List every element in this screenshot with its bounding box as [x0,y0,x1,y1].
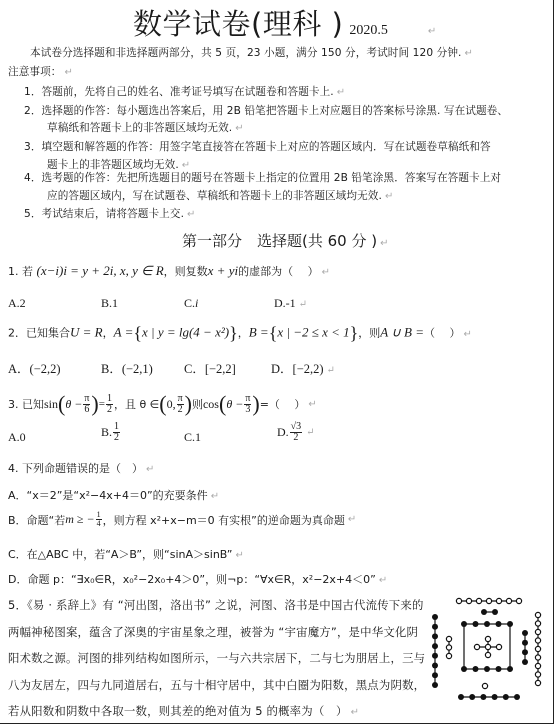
q3-option-c: C.1 [184,430,201,445]
math-expression: m ≥ − [65,512,94,527]
note-item-4: 4．选考题的作答：先把所选题目的题号在答题卡上指定的位置用 2B 铅笔涂黑．答案… [24,170,501,185]
denominator: 3 [245,405,250,415]
option-label: D. [277,425,289,440]
page-title: 数学试卷(理科 )2020.5↵ [133,2,436,43]
denominator: 2 [178,405,183,415]
q2-option-a: A．(−2,2) [8,359,61,377]
option-text: A．“x＝2”是“x²−4x+4＝0”的充要条件 [8,489,208,502]
fraction-sqrt3-2: √32 [290,422,303,443]
numerator: π [83,394,90,405]
math-expression: 0, [167,397,176,412]
option-label: D．[−2,2) [271,362,324,376]
section-title: 第一部分 选择题(共 60 分 )↵ [182,230,389,251]
option-label: C. [184,296,195,310]
q4-option-c: C．在△ABC 中，若“A＞B”，则“sinA＞sinB”↵ [8,546,244,562]
math-expression: θ − [65,397,82,412]
denominator: 2 [114,433,119,443]
question-text: ，且 θ ∈ [114,396,159,412]
q3-option-a: A.0 [8,430,26,445]
note-item-1: 1．答题前，先将自己的姓名、准考证号填写在试题卷和答题卡上.↵ [24,84,345,99]
fraction-1-2: 12 [106,394,113,415]
math-expression: A ∪ B = [380,325,424,340]
paragraph-mark-icon: ↵ [337,87,345,98]
denominator: 4 [97,520,101,528]
question-number: 3. 已知 [8,396,44,412]
paragraph-mark-icon: ↵ [187,209,195,220]
question-number: 1. 若 [8,265,33,278]
q2-option-c: C．[−2,2] [184,359,236,377]
question-5: 5．《易 · 系辞上》有 “河出图，洛出书” 之说，河图、洛书是中国古代流传下来… [8,592,428,724]
question-text: （ ） [424,327,461,340]
notes-heading-text: 注意事项： [8,66,61,78]
hetu-diagram [420,590,554,724]
exam-page: 数学试卷(理科 )2020.5↵ 本试卷分选择题和非选择题两部分，共 5 页，2… [0,0,554,724]
hetu-figure-svg [420,590,554,724]
paragraph-mark-icon: ↵ [428,26,436,37]
option-text: C．在△ABC 中，若“A＞B”，则“sinA＞sinB” [8,548,232,561]
numerator: π [244,394,251,405]
q4-option-b: B．命题“若 m ≥ − 14 ，则方程 x²+x−m＝0 有实根”的逆命题为真… [8,511,356,528]
denominator: 2 [293,433,298,443]
q1-option-c: C.i [184,296,198,311]
math-expression: i [195,296,198,310]
title-text: 数学试卷(理科 ) [133,7,343,41]
note-number: 2． [24,105,42,117]
q1-option-d: D.-1↵ [274,296,307,311]
question-text: ，则复数 [164,265,208,278]
math-expression: cos [203,397,219,412]
note-item-3: 3．填空题和解答题的作答：用签字笔直接答在答题卡上对应的答题区域内．写在试题卷草… [24,139,491,154]
note-item-5: 5．考试结束后，请将答题卡上交.↵ [24,206,196,221]
fraction-1-4: 14 [96,511,102,528]
note-number: 4． [24,172,42,184]
note-text: 草稿纸和答题卡上的非答题区域均无效. [47,122,232,134]
paragraph-mark-icon: ↵ [146,464,154,475]
note-item-4-cont: 应的答题区域内，写在试题卷、草稿纸和答题卡上的非答题区域均无效.↵ [47,188,393,203]
note-text: 选考题的作答：先把所选题目的题号在答题卡上指定的位置用 2B 铅笔涂黑．答案写在… [42,172,502,184]
question-text: 4. 下列命题错误的是（ ） [8,462,143,475]
paragraph-mark-icon: ↵ [348,514,356,525]
math-expression: x | −2 ≤ x < 1 [277,325,349,340]
math-expression: θ − [226,397,243,412]
paragraph-mark-icon: ↵ [385,191,393,202]
q4-option-a: A．“x＝2”是“x²−4x+4＝0”的充要条件↵ [8,487,219,503]
math-expression: x | y = lg(4 − x²) [142,325,229,340]
option-text: D．命题 p：“∃x₀∈R，x₀²−2x₀+4＞0”，则¬p：“∀x∈R，x²−… [8,573,376,586]
q2-option-b: B．(−2,1) [101,359,153,377]
paragraph-mark-icon: ↵ [379,575,387,586]
section-title-text: 第一部分 选择题(共 60 分 ) [182,232,377,250]
math-expression: B = [249,325,269,340]
paragraph-mark-icon: ↵ [235,123,243,134]
note-text: 填空题和解答题的作答：用签字笔直接答在答题卡上对应的答题区域内．写在试题卷草稿纸… [42,141,491,153]
math-expression: U = R [70,325,103,340]
q1-option-b: B.1 [101,296,118,311]
option-label: B. [101,425,112,440]
question-text: 5．《易 · 系辞上》有 “河出图，洛出书” 之说，河图、洛书是中国古代流传下来… [8,598,425,718]
paragraph-mark-icon: ↵ [380,238,388,249]
paragraph-mark-icon: ↵ [64,67,72,78]
option-label: D.-1 [274,296,296,310]
question-4: 4. 下列命题错误的是（ ）↵ [8,460,154,476]
question-1: 1. 若 (x−i)i = y + 2i, x, y ∈ R，则复数x + yi… [8,263,330,279]
note-text: 答题前，先将自己的姓名、准考证号填写在试题卷和答题卡上. [42,86,334,98]
math-expression: sin [44,397,58,412]
note-item-2-cont: 草稿纸和答题卡上的非答题区域均无效.↵ [47,120,244,135]
question-number: 2．已知集合 [8,327,70,340]
note-number: 1． [24,86,42,98]
intro-text: 本试卷分选择题和非选择题两部分，共 5 页，23 小题，满分 150 分，考试时… [30,45,473,60]
q1-option-a: A.2 [8,296,26,311]
math-expression: x + yi [208,263,238,278]
option-text: B．命题“若 [8,512,65,528]
math-expression: (x−i)i = y + 2i, x, y ∈ R [37,263,164,278]
note-text: 选择题的作答：每小题选出答案后，用 2B 铅笔把答题卡上对应题目的答案标号涂黑.… [42,105,509,117]
question-2: 2．已知集合U = R，A ={x | y = lg(4 − x²)}，B ={… [8,323,472,344]
paragraph-mark-icon: ↵ [351,707,360,718]
fraction-pi-3: π3 [244,394,251,415]
question-text: 的虚部为（ ） [238,265,319,278]
q3-option-b: B. 12 [101,422,121,443]
paragraph-mark-icon: ↵ [327,365,335,376]
paragraph-mark-icon: ↵ [322,267,330,278]
denominator: 6 [84,405,89,415]
paragraph-mark-icon: ↵ [465,48,473,59]
notes-heading: 注意事项：↵ [8,64,73,79]
question-text: ，则 [358,327,380,340]
equals: = [99,398,105,410]
note-number: 5． [24,208,42,220]
title-date: 2020.5 [349,23,388,38]
paragraph-mark-icon: ↵ [235,550,243,561]
note-item-2: 2．选择题的作答：每小题选出答案后，用 2B 铅笔把答题卡上对应题目的答案标号涂… [24,103,508,118]
math-expression: A = [114,325,134,340]
fraction-1-2: 12 [113,422,120,443]
question-3: 3. 已知 sin (θ − π6) = 12 ，且 θ ∈ (0, π2) 则… [8,391,317,417]
paragraph-mark-icon: ↵ [211,491,219,502]
intro-line: 本试卷分选择题和非选择题两部分，共 5 页，23 小题，满分 150 分，考试时… [30,47,462,59]
question-text: =（ ） [260,396,306,412]
option-text: ，则方程 x²+x−m＝0 有实根”的逆命题为真命题 [103,512,345,528]
note-text: 考试结束后，请将答题卡上交. [42,208,185,220]
denominator: 2 [107,405,112,415]
paragraph-mark-icon: ↵ [308,399,316,410]
paragraph-mark-icon: ↵ [299,299,307,310]
note-number: 3． [24,141,42,153]
question-text: 则 [192,396,203,412]
fraction-pi-6: π6 [83,394,90,415]
paragraph-mark-icon: ↵ [463,329,471,340]
q3-option-d: D. √32 ↵ [277,422,315,443]
q2-option-d: D．[−2,2)↵ [271,359,335,377]
numerator: π [177,394,184,405]
paragraph-mark-icon: ↵ [306,427,314,438]
numerator: 1 [106,394,113,405]
fraction-pi-2: π2 [177,394,184,415]
note-text: 应的答题区域内，写在试题卷、草稿纸和答题卡上的非答题区域均无效. [47,190,382,202]
q4-option-d: D．命题 p：“∃x₀∈R，x₀²−2x₀+4＞0”，则¬p：“∀x∈R，x²−… [8,571,387,587]
